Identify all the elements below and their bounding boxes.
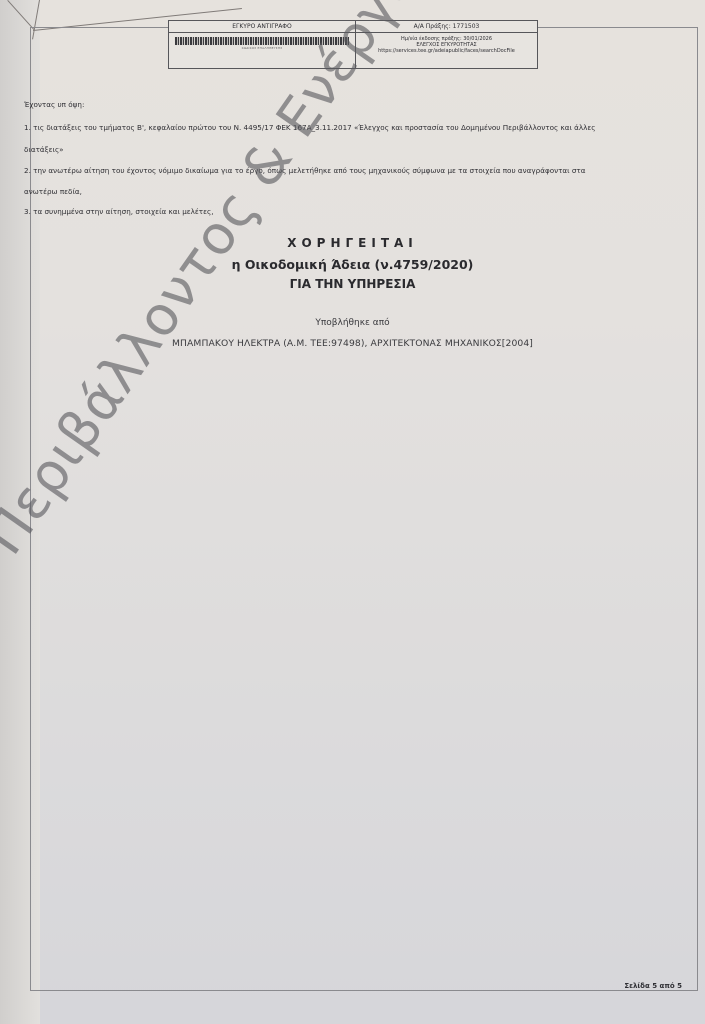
barcode-icon bbox=[175, 37, 349, 45]
clause-1-line-1: 1. τις διατάξεις του τμήματος Β', κεφαλα… bbox=[24, 123, 596, 132]
certificate-header-box: ΕΓΚΥΡΟ ΑΝΤΙΓΡΑΦΟ ΚΩΔΙΚΟΣ ΕΠΑΛΗΘΕΥΣΗΣ Α/Α… bbox=[168, 20, 538, 69]
intro-text: Έχοντας υπ όψη: bbox=[24, 100, 84, 109]
barcode-caption: ΚΩΔΙΚΟΣ ΕΠΑΛΗΘΕΥΣΗΣ bbox=[169, 46, 355, 50]
act-number: Α/Α Πράξης: 1771503 bbox=[356, 21, 537, 33]
certificate-right-cell: Α/Α Πράξης: 1771503 Ημ/νία έκδοσης πράξη… bbox=[356, 21, 537, 68]
submitted-by-label: Υποβλήθηκε από bbox=[0, 318, 705, 328]
submitted-by-engineer: ΜΠΑΜΠΑΚΟΥ ΗΛΕΚΤΡΑ (Α.Μ. ΤΕΕ:97498), ΑΡΧΙ… bbox=[0, 338, 705, 349]
grant-service: ΓΙΑ ΤΗΝ ΥΠΗΡΕΣΙΑ bbox=[0, 277, 705, 291]
clause-3: 3. τα συνημμένα στην αίτηση, στοιχεία κα… bbox=[24, 207, 214, 216]
clause-2-line-1: 2. την ανωτέρω αίτηση του έχοντος νόμιμο… bbox=[24, 166, 586, 175]
certificate-details: Ημ/νία έκδοσης πράξης: 30/01/2026 ΕΛΕΓΧΟ… bbox=[356, 33, 537, 54]
grant-title: ΧΟΡΗΓΕΙΤΑΙ bbox=[0, 236, 705, 250]
clause-2-line-2: ανωτέρω πεδία, bbox=[24, 187, 82, 196]
certificate-left-cell: ΕΓΚΥΡΟ ΑΝΤΙΓΡΑΦΟ ΚΩΔΙΚΟΣ ΕΠΑΛΗΘΕΥΣΗΣ bbox=[169, 21, 356, 68]
validity-check-url[interactable]: https://services.tee.gr/adeiapublic/face… bbox=[356, 48, 537, 54]
clause-1-line-2: διατάξεις» bbox=[24, 145, 64, 154]
grant-subtitle: η Οικοδομική Άδεια (ν.4759/2020) bbox=[0, 257, 705, 272]
valid-copy-label: ΕΓΚΥΡΟ ΑΝΤΙΓΡΑΦΟ bbox=[169, 21, 355, 33]
document-photo: ΕΓΚΥΡΟ ΑΝΤΙΓΡΑΦΟ ΚΩΔΙΚΟΣ ΕΠΑΛΗΘΕΥΣΗΣ Α/Α… bbox=[0, 0, 705, 1024]
page-indicator: Σελίδα 5 από 5 bbox=[624, 982, 682, 990]
